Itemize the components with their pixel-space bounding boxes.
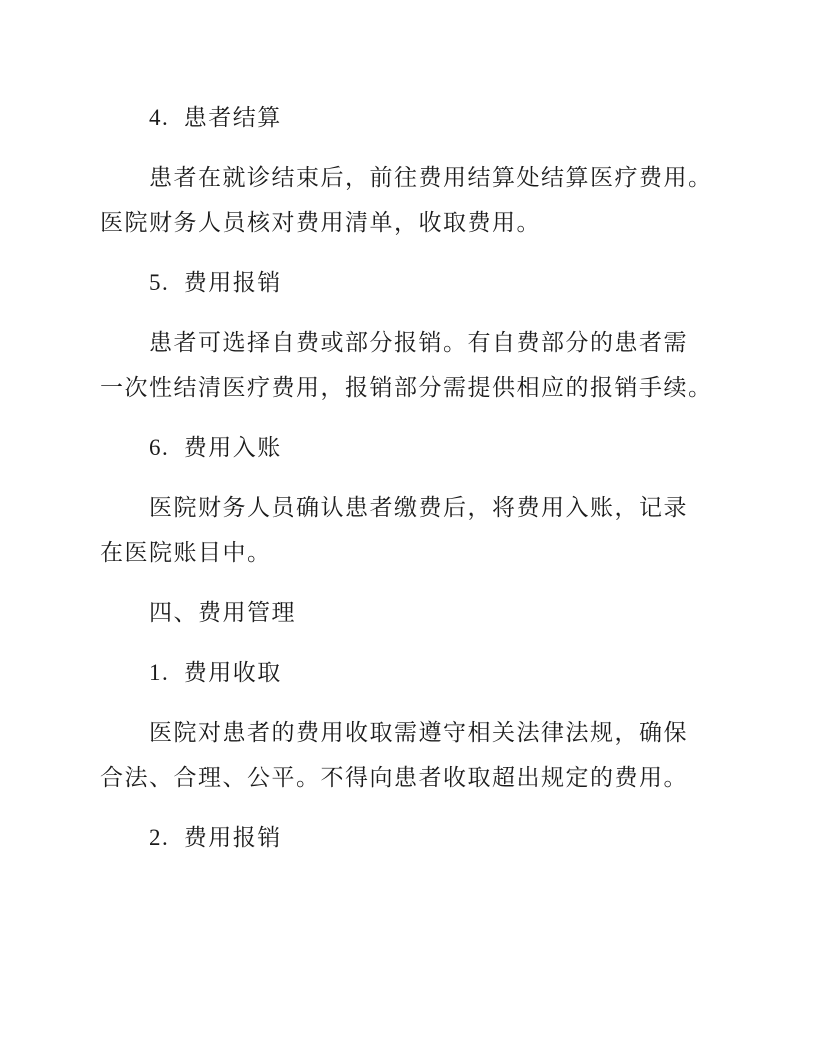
- paragraph-heading-4: 4. 患者结算: [100, 95, 716, 140]
- paragraph-body: 患者可选择自费或部分报销。有自费部分的患者需 一次性结清医疗费用，报销部分需提供…: [100, 320, 716, 410]
- document-content: 4. 患者结算 患者在就诊结束后，前往费用结算处结算医疗费用。 医院财务人员核对…: [0, 0, 816, 860]
- paragraph-heading-5: 5. 费用报销: [100, 260, 716, 305]
- paragraph-line: 患者可选择自费或部分报销。有自费部分的患者需: [100, 320, 716, 365]
- paragraph-line: 6. 费用入账: [100, 425, 716, 470]
- paragraph-line: 4. 患者结算: [100, 95, 716, 140]
- paragraph-heading-6: 6. 费用入账: [100, 425, 716, 470]
- paragraph-line: 医院对患者的费用收取需遵守相关法律法规，确保: [100, 710, 716, 755]
- paragraph-line: 医院财务人员核对费用清单，收取费用。: [100, 200, 716, 245]
- paragraph-line: 2. 费用报销: [100, 815, 716, 860]
- paragraph-section-heading: 四、费用管理: [100, 590, 716, 635]
- paragraph-body: 医院财务人员确认患者缴费后，将费用入账，记录 在医院账目中。: [100, 485, 716, 575]
- document-page: 4. 患者结算 患者在就诊结束后，前往费用结算处结算医疗费用。 医院财务人员核对…: [0, 0, 816, 1056]
- paragraph-line: 5. 费用报销: [100, 260, 716, 305]
- paragraph-line: 1. 费用收取: [100, 650, 716, 695]
- paragraph-line: 医院财务人员确认患者缴费后，将费用入账，记录: [100, 485, 716, 530]
- paragraph-body: 医院对患者的费用收取需遵守相关法律法规，确保 合法、合理、公平。不得向患者收取超…: [100, 710, 716, 800]
- paragraph-body: 患者在就诊结束后，前往费用结算处结算医疗费用。 医院财务人员核对费用清单，收取费…: [100, 155, 716, 245]
- paragraph-heading-1: 1. 费用收取: [100, 650, 716, 695]
- paragraph-line: 在医院账目中。: [100, 530, 716, 575]
- paragraph-heading-2: 2. 费用报销: [100, 815, 716, 860]
- paragraph-line: 四、费用管理: [100, 590, 716, 635]
- paragraph-line: 患者在就诊结束后，前往费用结算处结算医疗费用。: [100, 155, 716, 200]
- paragraph-line: 合法、合理、公平。不得向患者收取超出规定的费用。: [100, 755, 716, 800]
- paragraph-line: 一次性结清医疗费用，报销部分需提供相应的报销手续。: [100, 365, 716, 410]
